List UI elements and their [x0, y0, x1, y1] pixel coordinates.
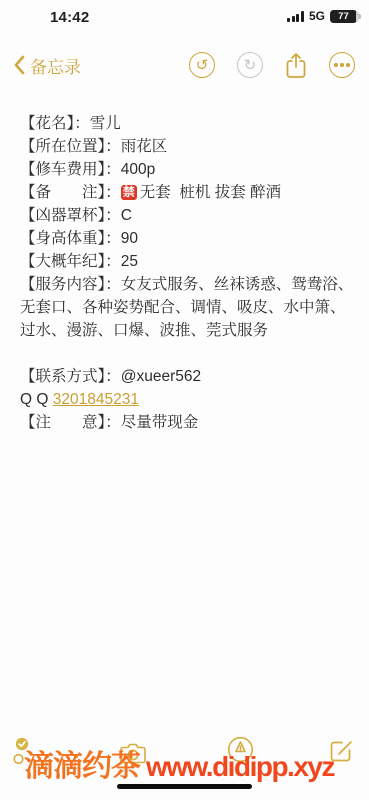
note-line-text: 无套 桩机 拔套 醉酒: [140, 184, 281, 201]
note-line: 【联系方式】：@xueer562: [20, 365, 349, 388]
note-line: 【服务内容】：女友式服务、丝袜诱惑、鸳鸯浴、: [20, 273, 349, 296]
note-line: 过水、漫游、口爆、波推、莞式服务: [20, 319, 349, 342]
battery-icon: 77: [330, 10, 357, 23]
notes-app-screen: 14:42 5G 77 备忘录 ↺ ↻: [0, 0, 369, 800]
note-line: 【凶器罩杯】：C: [20, 204, 349, 227]
watermark-url: www.didipp.xyz: [146, 751, 334, 783]
watermark-chinese: 滴滴约茶: [24, 741, 140, 785]
back-button[interactable]: 备忘录: [14, 53, 81, 78]
qq-number-link[interactable]: 3201845231: [53, 391, 139, 408]
back-button-label: 备忘录: [30, 53, 81, 78]
note-line: 【修车费用】：400p: [20, 158, 349, 181]
status-indicators: 5G 77: [287, 9, 357, 23]
more-button[interactable]: [329, 52, 355, 78]
nav-actions: ↺ ↻: [189, 52, 355, 79]
ellipsis-icon: [334, 63, 350, 67]
redo-icon: ↻: [244, 58, 257, 73]
note-line: 【大概年纪】：25: [20, 250, 349, 273]
qq-label: Q Q: [20, 391, 53, 408]
note-line: 【注 意】：尽量带现金: [20, 411, 349, 434]
undo-button[interactable]: ↺: [189, 52, 215, 78]
network-type-label: 5G: [309, 9, 325, 23]
cellular-signal-icon: [287, 11, 304, 22]
status-bar: 14:42 5G 77: [0, 0, 369, 34]
home-indicator[interactable]: [117, 784, 252, 789]
watermark: 滴滴约茶 www.didipp.xyz: [24, 741, 369, 785]
chevron-left-icon: [14, 55, 25, 75]
note-line: 无套口、各种姿势配合、调情、吸皮、水中箫、: [20, 296, 349, 319]
note-line: 【所在位置】：雨花区: [20, 135, 349, 158]
redo-button[interactable]: ↻: [237, 52, 263, 78]
note-editor[interactable]: 【花名】：雪儿 【所在位置】：雨花区 【修车费用】：400p 【备 注】：禁无套…: [0, 112, 369, 434]
undo-icon: ↺: [196, 58, 209, 73]
clock: 14:42: [50, 9, 89, 26]
note-line-label: 【备 注】：: [20, 184, 121, 201]
note-line: 【身高体重】：90: [20, 227, 349, 250]
note-line: Q Q 3201845231: [20, 388, 349, 411]
battery-percent: 77: [338, 11, 349, 22]
note-line-blank: [20, 342, 349, 365]
note-line: 【备 注】：禁无套 桩机 拔套 醉酒: [20, 181, 349, 204]
nav-bar: 备忘录 ↺ ↻: [0, 42, 369, 88]
note-line: 【花名】：雪儿: [20, 112, 349, 135]
share-button[interactable]: [285, 52, 307, 79]
prohibited-emoji: 禁: [121, 185, 137, 200]
